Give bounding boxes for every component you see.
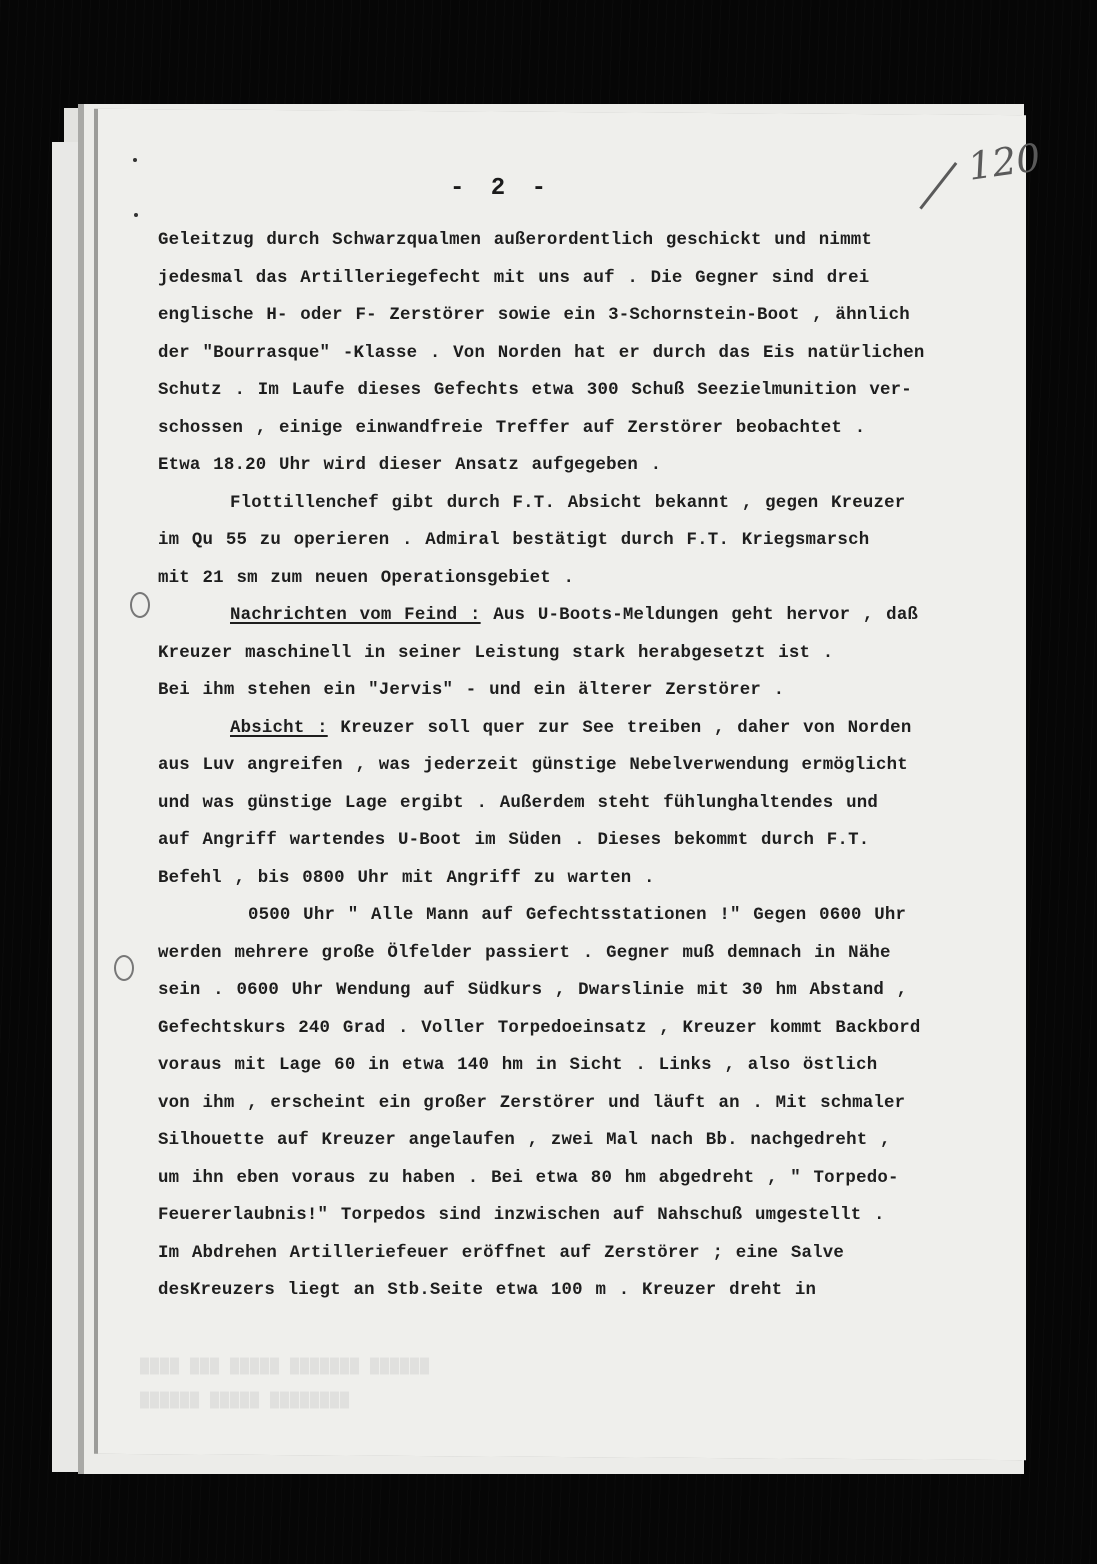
text-line: Im Abdrehen Artilleriefeuer eröffnet auf…: [158, 1235, 998, 1273]
text-line: mit 21 sm zum neuen Operationsgebiet .: [158, 560, 998, 598]
text-line: englische H- oder F- Zerstörer sowie ein…: [158, 297, 998, 335]
text-line: Absicht : Kreuzer soll quer zur See trei…: [158, 710, 998, 748]
text-line: sein . 0600 Uhr Wendung auf Südkurs , Dw…: [158, 972, 998, 1010]
text-line: auf Angriff wartendes U-Boot im Süden . …: [158, 822, 998, 860]
text-line: Schutz . Im Laufe dieses Gefechts etwa 3…: [158, 372, 998, 410]
text-line: Befehl , bis 0800 Uhr mit Angriff zu war…: [158, 860, 998, 898]
bleed-through-text: ████ ███ █████ ███████ ██████ ██████ ███…: [140, 1350, 960, 1418]
text-line: aus Luv angreifen , was jederzeit günsti…: [158, 747, 998, 785]
text-line: Silhouette auf Kreuzer angelaufen , zwei…: [158, 1122, 998, 1160]
text-line: im Qu 55 zu operieren . Admiral bestätig…: [158, 522, 998, 560]
text-line: Gefechtskurs 240 Grad . Voller Torpedoei…: [158, 1010, 998, 1048]
text-line: Flottillenchef gibt durch F.T. Absicht b…: [158, 485, 998, 523]
scan-speck: [134, 213, 138, 217]
text-line: schossen , einige einwandfreie Treffer a…: [158, 410, 998, 448]
text-line: voraus mit Lage 60 in etwa 140 hm in Sic…: [158, 1047, 998, 1085]
text-segment: Aus U-Boots-Meldungen geht hervor , daß: [493, 606, 918, 625]
text-line: Geleitzug durch Schwarzqualmen außerorde…: [158, 222, 998, 260]
text-line: Kreuzer maschinell in seiner Leistung st…: [158, 635, 998, 673]
text-line: werden mehrere große Ölfelder passiert .…: [158, 935, 998, 973]
text-line: um ihn eben voraus zu haben . Bei etwa 8…: [158, 1160, 998, 1198]
text-segment: Kreuzer soll quer zur See treiben , dahe…: [340, 719, 911, 738]
section-heading-absicht: Absicht :: [230, 719, 328, 738]
text-line: 0500 Uhr " Alle Mann auf Gefechtsstation…: [158, 897, 998, 935]
text-line: jedesmal das Artilleriegefecht mit uns a…: [158, 260, 998, 298]
text-line: und was günstige Lage ergibt . Außerdem …: [158, 785, 998, 823]
text-line: Feuererlaubnis!" Torpedos sind inzwische…: [158, 1197, 998, 1235]
scan-speck: [133, 158, 137, 162]
text-line: Bei ihm stehen ein "Jervis" - und ein äl…: [158, 672, 998, 710]
text-line: der "Bourrasque" -Klasse . Von Norden ha…: [158, 335, 998, 373]
text-line: desKreuzers liegt an Stb.Seite etwa 100 …: [158, 1272, 998, 1310]
punch-hole-mark: [130, 592, 150, 618]
document-body: Geleitzug durch Schwarzqualmen außerorde…: [158, 222, 998, 1310]
page-number: - 2 -: [450, 175, 552, 202]
text-line: Etwa 18.20 Uhr wird dieser Ansatz aufgeg…: [158, 447, 998, 485]
text-line: von ihm , erscheint ein großer Zerstörer…: [158, 1085, 998, 1123]
section-heading-nachrichten: Nachrichten vom Feind :: [230, 606, 481, 625]
punch-hole-mark: [114, 955, 134, 981]
text-line: Nachrichten vom Feind : Aus U-Boots-Meld…: [158, 597, 998, 635]
